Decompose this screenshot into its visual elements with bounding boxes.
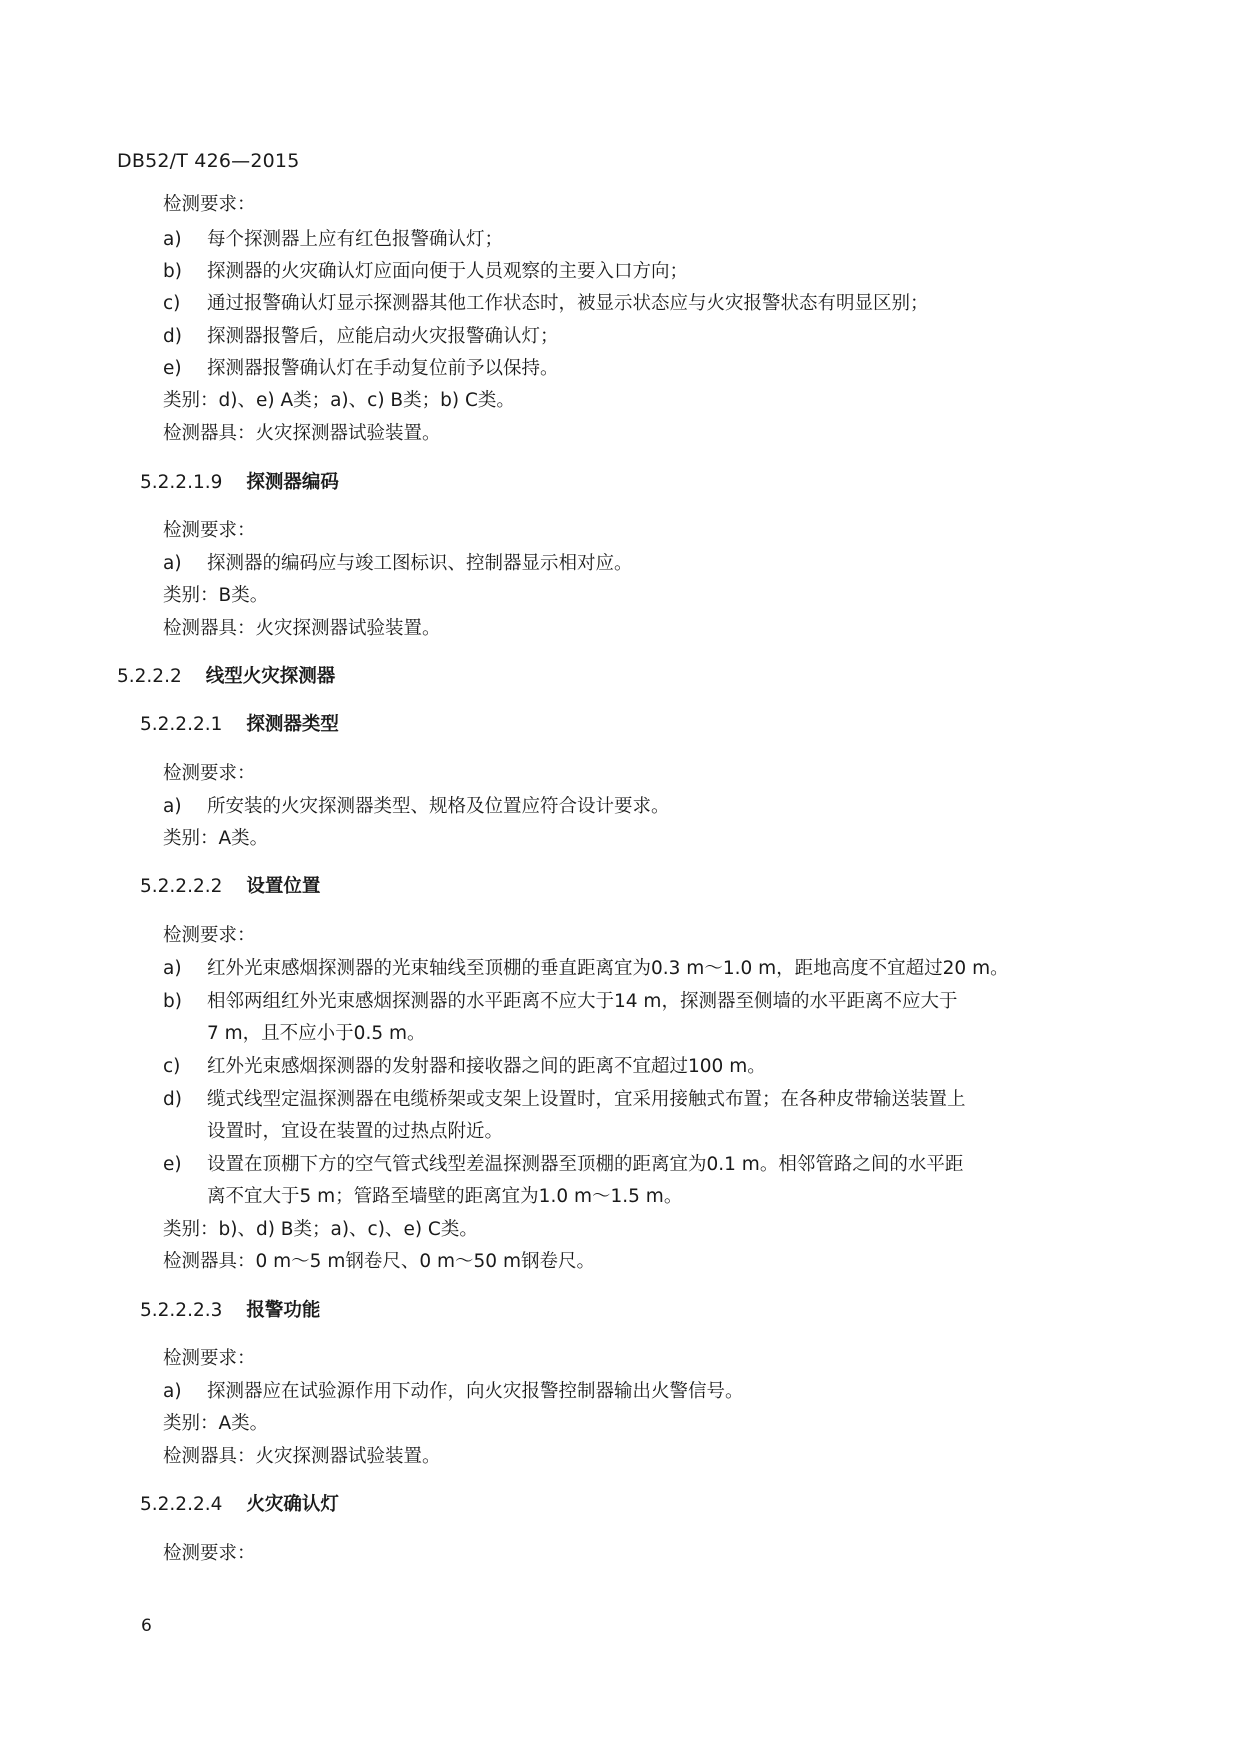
list-item-text: 设置在顶棚下方的空气管式线型差温探测器至顶棚的距离宜为0.1 m。相邻管路之间的…: [207, 1154, 963, 1175]
list-item-label: a): [163, 231, 207, 250]
section-title: 报警功能: [246, 1300, 320, 1321]
section-number: 5.2.2.2.2: [140, 878, 222, 897]
list-item-label: a): [163, 1383, 207, 1402]
document-id-header: DB52/T 426—2015: [117, 150, 300, 172]
list-item-text: 红外光束感烟探测器的光束轴线至顶棚的垂直距离宜为0.3 m～1.0 m，距地高度…: [207, 958, 1009, 979]
list-item: e)设置在顶棚下方的空气管式线型差温探测器至顶棚的距离宜为0.1 m。相邻管路之…: [163, 1156, 963, 1175]
paragraph-line: 类别：A类。: [163, 1415, 268, 1434]
paragraph-line: 检测要求：: [163, 765, 256, 784]
list-item: d)探测器报警后，应能启动火灾报警确认灯；: [163, 328, 559, 347]
list-item-text: 每个探测器上应有红色报警确认灯；: [207, 229, 503, 250]
list-item-text: 探测器报警确认灯在手动复位前予以保持。: [207, 358, 559, 379]
list-item-text: 所安装的火灾探测器类型、规格及位置应符合设计要求。: [207, 796, 670, 817]
section-title: 线型火灾探测器: [206, 666, 336, 687]
paragraph-line: 检测器具：0 m～5 m钢卷尺、0 m～50 m钢卷尺。: [163, 1253, 595, 1272]
list-item-text: 缆式线型定温探测器在电缆桥架或支架上设置时，宜采用接触式布置；在各种皮带输送装置…: [207, 1089, 966, 1110]
list-item-label: d): [163, 1091, 207, 1110]
list-item: b)探测器的火灾确认灯应面向便于人员观察的主要入口方向；: [163, 263, 688, 282]
section-title: 设置位置: [246, 876, 320, 897]
list-item: c)红外光束感烟探测器的发射器和接收器之间的距离不宜超过100 m。: [163, 1058, 766, 1077]
section-heading: 5.2.2.2.1探测器类型: [140, 716, 339, 735]
section-heading: 5.2.2.2.2设置位置: [140, 878, 320, 897]
list-item-text: 探测器的编码应与竣工图标识、控制器显示相对应。: [207, 553, 633, 574]
list-item: a)探测器的编码应与竣工图标识、控制器显示相对应。: [163, 555, 633, 574]
list-item: a)每个探测器上应有红色报警确认灯；: [163, 231, 503, 250]
list-item-continuation: 设置时，宜设在装置的过热点附近。: [207, 1123, 503, 1142]
section-title: 火灾确认灯: [246, 1494, 339, 1515]
list-item-label: a): [163, 960, 207, 979]
list-item-text: 探测器报警后，应能启动火灾报警确认灯；: [207, 326, 559, 347]
section-title: 探测器编码: [246, 472, 339, 493]
section-number: 5.2.2.2.1: [140, 716, 222, 735]
paragraph-line: 检测器具：火灾探测器试验装置。: [163, 620, 441, 639]
section-heading: 5.2.2.2线型火灾探测器: [117, 668, 335, 687]
list-item: a)探测器应在试验源作用下动作，向火灾报警控制器输出火警信号。: [163, 1383, 744, 1402]
list-item-label: e): [163, 1156, 207, 1175]
section-number: 5.2.2.2.4: [140, 1496, 222, 1515]
paragraph-line: 检测要求：: [163, 1350, 256, 1369]
paragraph-line: 类别：b)、d) B类；a)、c)、e) C类。: [163, 1221, 478, 1240]
list-item-label: c): [163, 1058, 207, 1077]
list-item-continuation: 7 m，且不应小于0.5 m。: [207, 1025, 426, 1044]
paragraph-line: 检测要求：: [163, 522, 256, 541]
list-item: e)探测器报警确认灯在手动复位前予以保持。: [163, 360, 559, 379]
paragraph-line: 检测要求：: [163, 927, 256, 946]
list-item: a)所安装的火灾探测器类型、规格及位置应符合设计要求。: [163, 798, 670, 817]
list-item-text: 相邻两组红外光束感烟探测器的水平距离不应大于14 m，探测器至侧墙的水平距离不应…: [207, 991, 957, 1012]
paragraph-line: 检测要求：: [163, 1545, 256, 1564]
list-item-text: 探测器的火灾确认灯应面向便于人员观察的主要入口方向；: [207, 261, 688, 282]
section-heading: 5.2.2.1.9探测器编码: [140, 474, 339, 493]
section-title: 探测器类型: [246, 714, 339, 735]
list-item-text: 通过报警确认灯显示探测器其他工作状态时，被显示状态应与火灾报警状态有明显区别；: [207, 293, 929, 314]
list-item-continuation: 离不宜大于5 m；管路至墙壁的距离宜为1.0 m～1.5 m。: [207, 1188, 682, 1207]
list-item: a)红外光束感烟探测器的光束轴线至顶棚的垂直距离宜为0.3 m～1.0 m，距地…: [163, 960, 1009, 979]
list-item-text: 红外光束感烟探测器的发射器和接收器之间的距离不宜超过100 m。: [207, 1056, 766, 1077]
list-item-label: d): [163, 328, 207, 347]
paragraph-line: 类别：A类。: [163, 830, 268, 849]
section-heading: 5.2.2.2.4火灾确认灯: [140, 1496, 339, 1515]
list-item-label: b): [163, 263, 207, 282]
list-item-label: c): [163, 295, 207, 314]
paragraph-line: 类别：d)、e) A类；a)、c) B类；b) C类。: [163, 392, 515, 411]
list-item: b)相邻两组红外光束感烟探测器的水平距离不应大于14 m，探测器至侧墙的水平距离…: [163, 993, 957, 1012]
list-item-label: a): [163, 555, 207, 574]
list-item: c)通过报警确认灯显示探测器其他工作状态时，被显示状态应与火灾报警状态有明显区别…: [163, 295, 929, 314]
paragraph-line: 类别：B类。: [163, 587, 268, 606]
page-number: 6: [141, 1616, 152, 1636]
list-item-label: e): [163, 360, 207, 379]
section-number: 5.2.2.2.3: [140, 1302, 222, 1321]
paragraph-line: 检测器具：火灾探测器试验装置。: [163, 425, 441, 444]
paragraph-line: 检测器具：火灾探测器试验装置。: [163, 1448, 441, 1467]
paragraph-line: 检测要求：: [163, 196, 256, 215]
section-number: 5.2.2.2: [117, 668, 182, 687]
list-item: d)缆式线型定温探测器在电缆桥架或支架上设置时，宜采用接触式布置；在各种皮带输送…: [163, 1091, 966, 1110]
section-number: 5.2.2.1.9: [140, 474, 222, 493]
list-item-text: 探测器应在试验源作用下动作，向火灾报警控制器输出火警信号。: [207, 1381, 744, 1402]
list-item-label: b): [163, 993, 207, 1012]
list-item-label: a): [163, 798, 207, 817]
section-heading: 5.2.2.2.3报警功能: [140, 1302, 320, 1321]
